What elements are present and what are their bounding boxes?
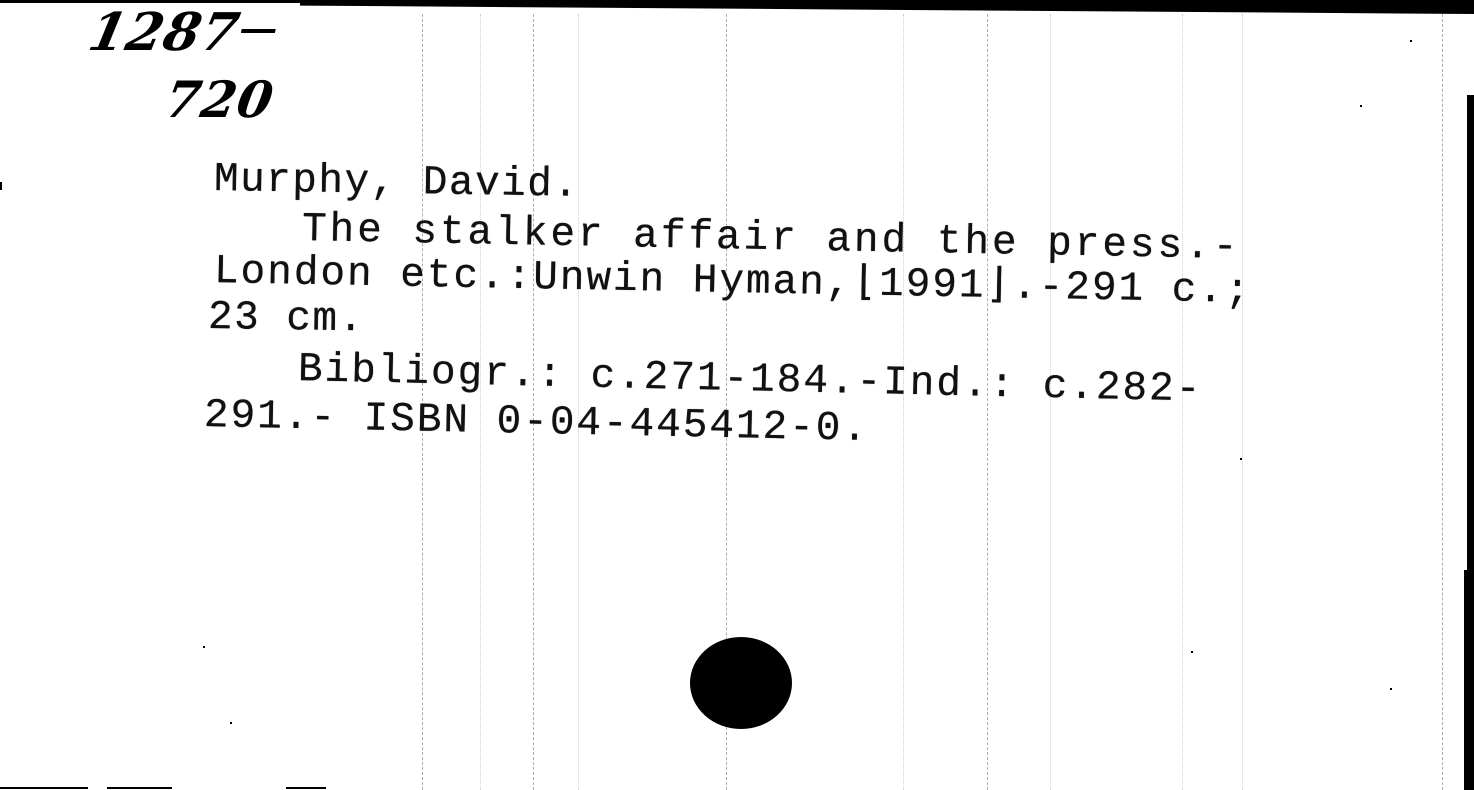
scan-bottom-edge <box>0 787 88 789</box>
scan-bottom-edge <box>286 787 326 789</box>
scan-right-edge-lower <box>1464 570 1474 790</box>
call-number-dash <box>241 29 276 33</box>
scan-speck <box>1191 651 1193 653</box>
isbn-note: 291.- ISBN 0-04-445412-0. <box>204 396 870 451</box>
physical-description: 23 cm. <box>208 298 365 341</box>
scan-speck <box>203 646 205 648</box>
card-rule-line <box>1442 14 1443 790</box>
catalog-card: 1287 720 Murphy, David. The stalker affa… <box>0 0 1474 790</box>
scan-speck <box>1240 458 1242 460</box>
scan-speck <box>0 182 2 190</box>
call-number-text: 1287 <box>84 2 246 63</box>
scan-speck <box>1360 105 1362 107</box>
punch-hole <box>690 637 792 729</box>
author-heading: Murphy, David. <box>214 160 580 207</box>
scan-speck <box>1410 40 1412 42</box>
shelf-number-handwritten: 720 <box>161 70 279 129</box>
card-rule-line <box>1242 14 1243 790</box>
call-number-handwritten: 1287 <box>84 2 282 63</box>
scan-bottom-edge <box>107 787 172 789</box>
scan-speck <box>1390 688 1392 690</box>
scan-speck <box>230 722 232 724</box>
